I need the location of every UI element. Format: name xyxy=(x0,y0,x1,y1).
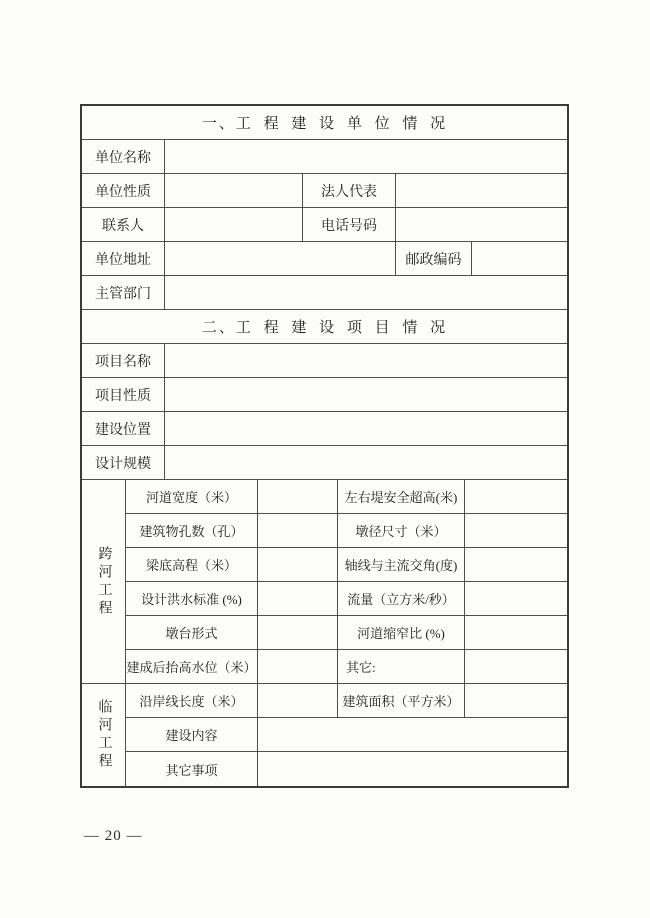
axis-flow-angle-value-cell xyxy=(465,548,567,582)
project-name-value-cell xyxy=(165,344,567,377)
unit-info-section: 一、工 程 建 设 单 位 情 况 单位名称 单位性质 法人代表 联系人 电话号… xyxy=(82,106,567,310)
pier-diameter-value-cell xyxy=(465,514,567,548)
design-scale-value-cell xyxy=(165,446,567,479)
project-type-value-cell xyxy=(165,378,567,411)
riverside-group-label: 临河工程 xyxy=(82,684,126,786)
beam-elevation-value-cell xyxy=(258,548,338,582)
river-width-label: 河道宽度（米） xyxy=(126,480,258,514)
building-area-value-cell xyxy=(465,684,567,718)
design-scale-label: 设计规模 xyxy=(82,446,165,479)
postcode-label: 邮政编码 xyxy=(396,242,472,275)
riverside-section: 临河工程 沿岸线长度（米） 建筑面积（平方米） 建设内容 其它事项 xyxy=(82,684,567,786)
other-label: 其它: xyxy=(338,650,465,684)
dept-value-cell xyxy=(165,276,567,309)
building-area-label: 建筑面积（平方米） xyxy=(338,684,465,718)
unit-type-label: 单位性质 xyxy=(82,174,165,207)
postcode-value-cell xyxy=(472,242,567,275)
project-section-title: 二、工 程 建 设 项 目 情 况 xyxy=(82,310,567,343)
unit-section-title: 一、工 程 建 设 单 位 情 况 xyxy=(82,106,567,139)
location-label: 建设位置 xyxy=(82,412,165,445)
water-level-rise-label: 建成后抬高水位（米） xyxy=(126,650,258,684)
address-label: 单位地址 xyxy=(82,242,165,275)
axis-flow-angle-label: 轴线与主流交角(度) xyxy=(338,548,465,582)
table-row: 设计规模 xyxy=(82,446,567,480)
table-row: 联系人 电话号码 xyxy=(82,208,567,242)
project-name-label: 项目名称 xyxy=(82,344,165,377)
legal-rep-label: 法人代表 xyxy=(303,174,396,207)
table-row: 建设位置 xyxy=(82,412,567,446)
table-row: 单位地址 邮政编码 xyxy=(82,242,567,276)
pier-diameter-label: 墩径尺寸（米） xyxy=(338,514,465,548)
construction-content-label: 建设内容 xyxy=(126,718,258,752)
construction-content-value-cell xyxy=(258,718,567,752)
page-number: — 20 — xyxy=(84,828,143,845)
scanned-form-page: 一、工 程 建 设 单 位 情 况 单位名称 单位性质 法人代表 联系人 电话号… xyxy=(0,0,650,918)
pier-abutment-form-label: 墩台形式 xyxy=(126,616,258,650)
river-width-value-cell xyxy=(258,480,338,514)
levee-freeboard-value-cell xyxy=(465,480,567,514)
project-type-label: 项目性质 xyxy=(82,378,165,411)
cross-river-group-label: 跨河工程 xyxy=(82,480,126,684)
flow-rate-value-cell xyxy=(465,582,567,616)
unit-section-title-row: 一、工 程 建 设 单 位 情 况 xyxy=(82,106,567,140)
project-info-section: 二、工 程 建 设 项 目 情 况 项目名称 项目性质 建设位置 设计规模 xyxy=(82,310,567,480)
shoreline-length-label: 沿岸线长度（米） xyxy=(126,684,258,718)
table-row: 单位名称 xyxy=(82,140,567,174)
table-row: 项目性质 xyxy=(82,378,567,412)
flood-standard-value-cell xyxy=(258,582,338,616)
other-value-cell xyxy=(465,650,567,684)
shoreline-length-value-cell xyxy=(258,684,338,718)
unit-type-value-cell xyxy=(165,174,303,207)
flood-standard-label: 设计洪水标准 (%) xyxy=(126,582,258,616)
table-row: 单位性质 法人代表 xyxy=(82,174,567,208)
water-level-rise-value-cell xyxy=(258,650,338,684)
construction-application-table: 一、工 程 建 设 单 位 情 况 单位名称 单位性质 法人代表 联系人 电话号… xyxy=(80,104,569,788)
table-row: 项目名称 xyxy=(82,344,567,378)
table-row: 主管部门 xyxy=(82,276,567,310)
project-section-title-row: 二、工 程 建 设 项 目 情 况 xyxy=(82,310,567,344)
legal-rep-value-cell xyxy=(396,174,567,207)
pier-abutment-form-value-cell xyxy=(258,616,338,650)
dept-label: 主管部门 xyxy=(82,276,165,309)
address-value-cell xyxy=(165,242,396,275)
cross-river-section: 跨河工程 河道宽度（米） 左右堤安全超高(米) 建筑物孔数（孔） 墩径尺寸（米）… xyxy=(82,480,567,684)
structure-spans-value-cell xyxy=(258,514,338,548)
channel-narrowing-label: 河道缩窄比 (%) xyxy=(338,616,465,650)
location-value-cell xyxy=(165,412,567,445)
phone-label: 电话号码 xyxy=(303,208,396,241)
channel-narrowing-value-cell xyxy=(465,616,567,650)
unit-name-label: 单位名称 xyxy=(82,140,165,173)
beam-elevation-label: 梁底高程（米） xyxy=(126,548,258,582)
flow-rate-label: 流量（立方米/秒） xyxy=(338,582,465,616)
contact-value-cell xyxy=(165,208,303,241)
unit-name-value-cell xyxy=(165,140,567,173)
contact-label: 联系人 xyxy=(82,208,165,241)
other-matters-label: 其它事项 xyxy=(126,752,258,786)
levee-freeboard-label: 左右堤安全超高(米) xyxy=(338,480,465,514)
other-matters-value-cell xyxy=(258,752,567,786)
structure-spans-label: 建筑物孔数（孔） xyxy=(126,514,258,548)
phone-value-cell xyxy=(396,208,567,241)
